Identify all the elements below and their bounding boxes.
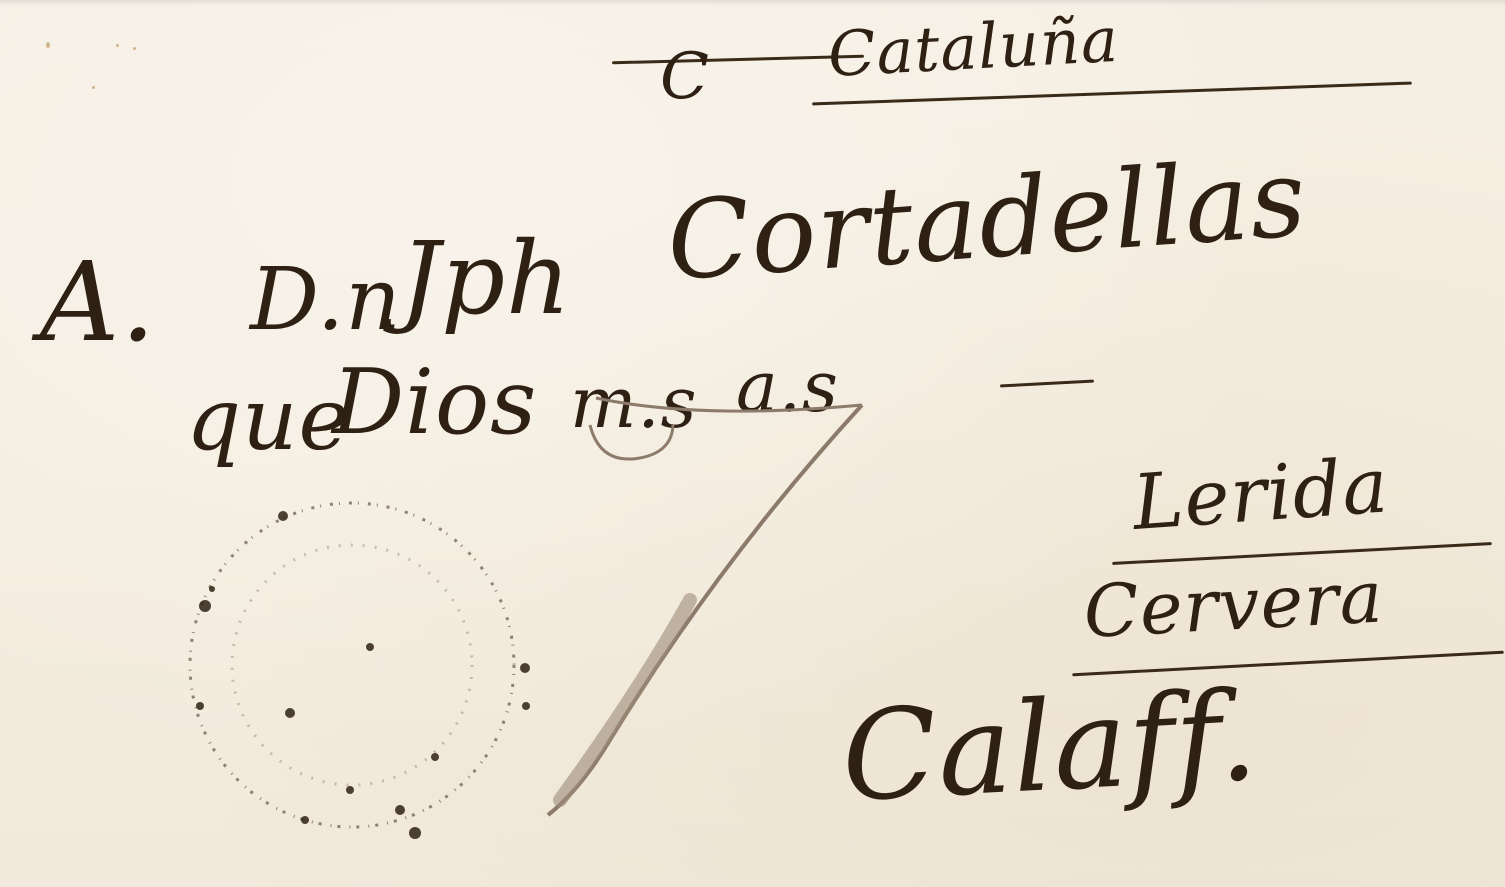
postal-cover: C Cataluña A. D.n Jph Cortadellas que Di… bbox=[0, 0, 1505, 887]
postal-marks-layer bbox=[0, 0, 1505, 887]
postmark-circle bbox=[190, 503, 514, 827]
rate-mark-7 bbox=[548, 398, 862, 815]
postmark-dots bbox=[196, 511, 530, 839]
